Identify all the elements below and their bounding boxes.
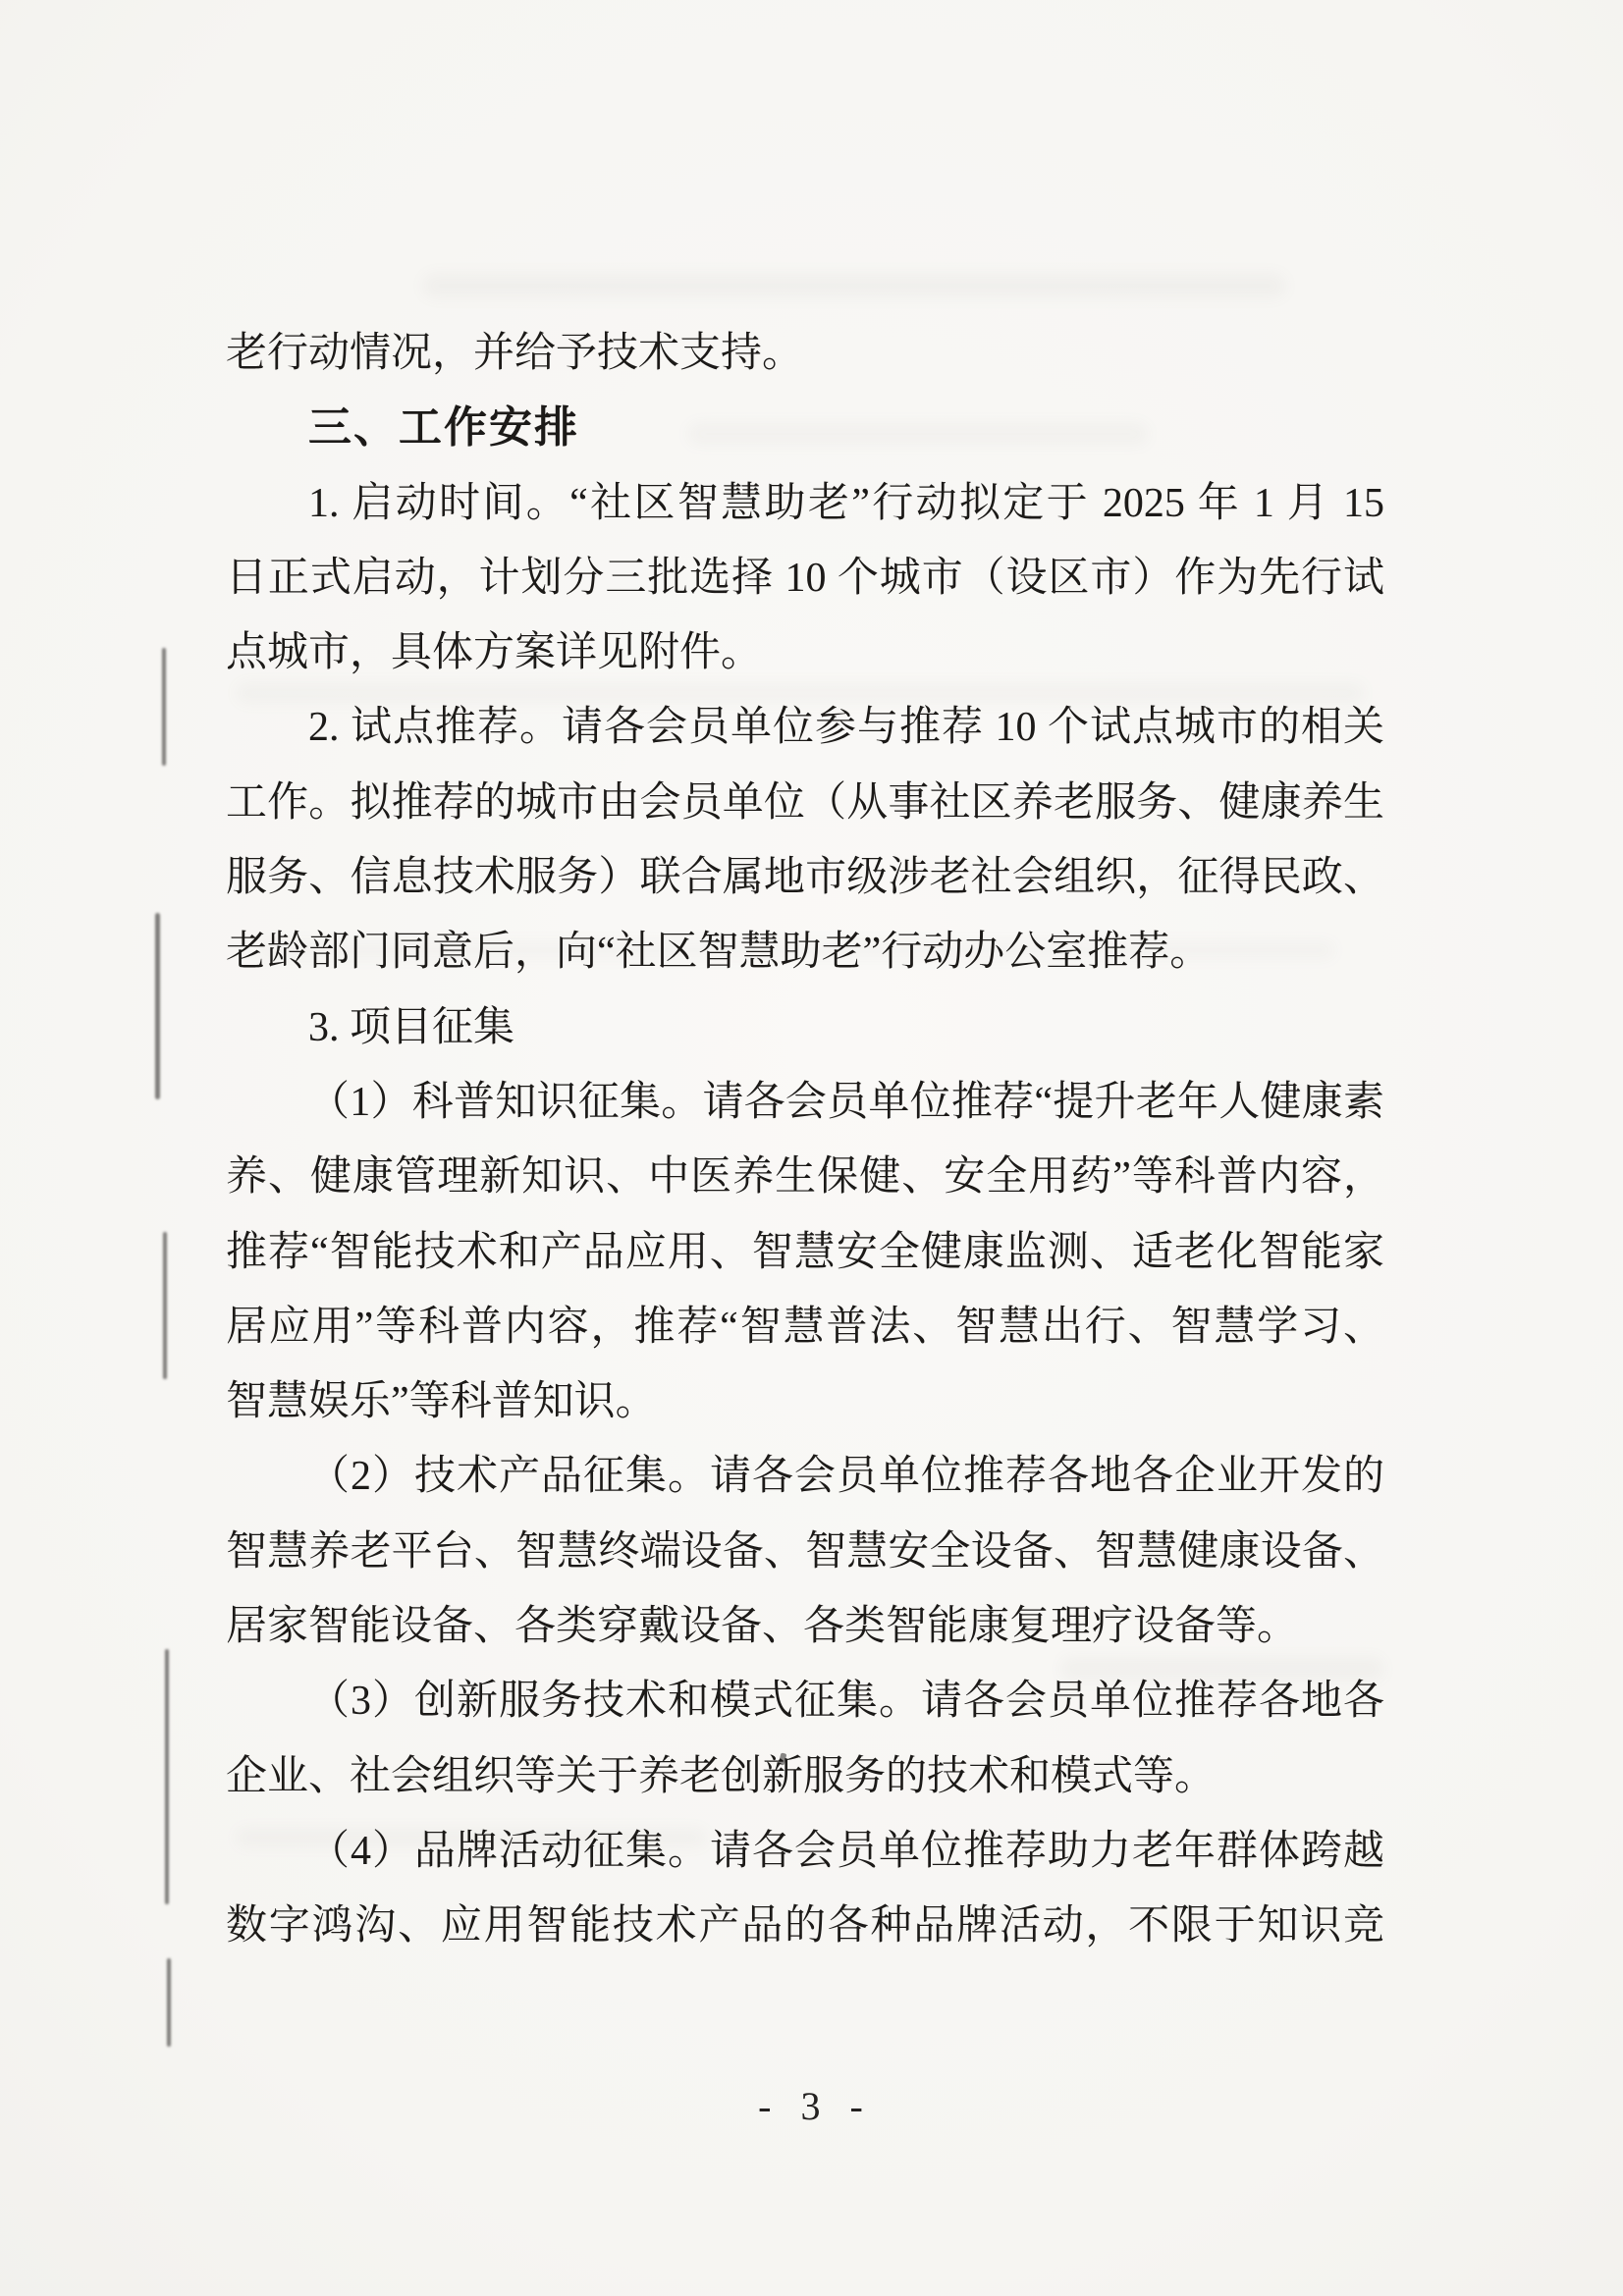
section-heading: 三、工作安排: [226, 391, 1384, 465]
text-line: 1. 启动时间。“社区智慧助老”行动拟定于 2025 年 1 月 15: [226, 466, 1384, 541]
text-line: 推荐“智能技术和产品应用、智慧安全健康监测、适老化智能家: [226, 1215, 1384, 1290]
text-line: 日正式启动，计划分三批选择 10 个城市（设区市）作为先行试: [226, 541, 1384, 615]
text-line: 智慧娱乐”等科普知识。: [226, 1364, 1384, 1439]
text-line: 服务、信息技术服务）联合属地市级涉老社会组织，征得民政、: [226, 840, 1384, 915]
text-line: 居家智能设备、各类穿戴设备、各类智能康复理疗设备等。: [226, 1589, 1384, 1664]
text-line: 老行动情况，并给予技术支持。: [226, 316, 1384, 391]
scan-edge-shadow: [165, 1649, 169, 1904]
text-line: 2. 试点推荐。请各会员单位参与推荐 10 个试点城市的相关: [226, 690, 1384, 765]
scanned-document-page: 老行动情况，并给予技术支持。三、工作安排1. 启动时间。“社区智慧助老”行动拟定…: [0, 0, 1623, 2296]
text-line: 工作。拟推荐的城市由会员单位（从事社区养老服务、健康养生: [226, 766, 1384, 840]
text-line: （1）科普知识征集。请各会员单位推荐“提升老年人健康素: [226, 1065, 1384, 1140]
text-line: 3. 项目征集: [226, 990, 1384, 1065]
scan-edge-shadow: [162, 648, 166, 766]
text-line: 老龄部门同意后，向“社区智慧助老”行动办公室推荐。: [226, 915, 1384, 989]
page-number: - 3 -: [0, 2083, 1623, 2129]
scan-artifact: [422, 273, 1286, 298]
scan-edge-shadow: [163, 1232, 167, 1379]
text-line: 养、健康管理新知识、中医养生保健、安全用药”等科普内容，: [226, 1140, 1384, 1214]
text-line: （4）品牌活动征集。请各会员单位推荐助力老年群体跨越: [226, 1814, 1384, 1889]
text-line: 点城市，具体方案详见附件。: [226, 615, 1384, 690]
text-block: 老行动情况，并给予技术支持。三、工作安排1. 启动时间。“社区智慧助老”行动拟定…: [226, 316, 1384, 1964]
scan-edge-shadow: [155, 913, 160, 1099]
scan-edge-shadow: [167, 1958, 171, 2047]
text-line: 居应用”等科普内容，推荐“智慧普法、智慧出行、智慧学习、: [226, 1290, 1384, 1364]
text-line: 智慧养老平台、智慧终端设备、智慧安全设备、智慧健康设备、: [226, 1515, 1384, 1589]
text-line: （3）创新服务技术和模式征集。请各会员单位推荐各地各: [226, 1664, 1384, 1738]
text-line: 数字鸿沟、应用智能技术产品的各种品牌活动，不限于知识竞赛、: [226, 1889, 1384, 1963]
text-line: 企业、社会组织等关于养老创新服务的技术和模式等。: [226, 1739, 1384, 1814]
text-line: （2）技术产品征集。请各会员单位推荐各地各企业开发的: [226, 1439, 1384, 1514]
